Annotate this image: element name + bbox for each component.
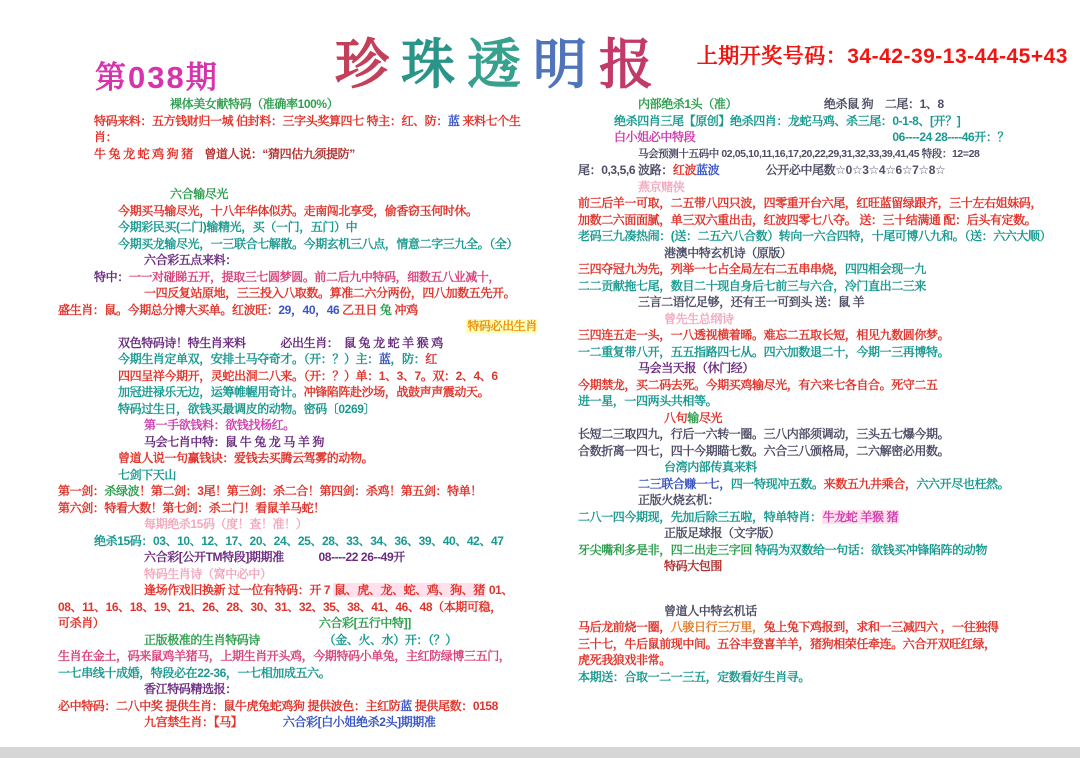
text-segment: 前三后羊一可取，二五带八四只波，四零重开台六尾，红旺蓝留绿跟齐，三十左右姐妹码， [578, 196, 1042, 210]
text-segment [236, 715, 282, 729]
text-segment: 长短二三取四九，行后一六转一圈。三八内部须调动，三头五七爆今期。 [578, 427, 949, 441]
issue-number: 第038期 [95, 52, 219, 97]
text-line: 特码必出生肖 [58, 318, 542, 335]
text-segment: 二八一四今期现，先加后除三五啦，特单特肖： [578, 510, 822, 524]
text-segment [260, 633, 330, 647]
text-segment: 六合输尽光 [170, 187, 228, 201]
title-char: 明 [533, 35, 599, 95]
text-segment: 特码来料：五方钱财归一城 伯封料：三字头奖算四七 特主：红、防： [94, 114, 448, 128]
text-segment: 一二重复带八开，五五指路四七从。四六加数退二十，今期一三再博特。 [578, 345, 949, 359]
text-segment: 一四反复站原地，三三投入八取数。算准二六分两份，四八加数五先开。 [144, 286, 515, 300]
text-segment: 每期绝杀15码（度！查！准！） [144, 517, 307, 531]
text-line: 一四反复站原地，三三投入八取数。算准二六分两份，四八加数五先开。 [58, 285, 542, 302]
right-column: 内部绝杀1头（准） 绝杀鼠 狗 二尾：1、8绝杀四肖三尾【原创】绝杀四肖：龙蛇马… [578, 96, 1076, 685]
text-line: 港澳中特玄机诗（原版） [578, 245, 1076, 262]
text-line: 九宫禁生肖：【马】 六合彩[白小姐绝杀2头]期期准 [58, 714, 542, 731]
text-segment: 四一特现冲五数。 [731, 477, 824, 491]
text-segment: 加冠进禄乐无边，运筹帷幄用奇计。 [118, 385, 304, 399]
text-line: 生肖在金土，码来鼠鸡羊猪马，上期生肖开头鸡，今期特码小单兔，主红防绿博三五门， [58, 648, 542, 665]
text-segment: 蓝 [448, 114, 460, 128]
text-line: 必中特码：二八中奖 提供生肖：鼠牛虎兔蛇鸡狗 提供波色：主红防蓝 提供尾数：01… [58, 698, 542, 715]
text-line: 今期彩民买(二门)输精光，买（一门，五门）中 [58, 219, 542, 236]
text-segment: 一一对碰睇五开，提取三七圆梦圆。前二后九中特码，细数五八业减十， [129, 270, 500, 284]
text-line: 裸体美女献特码（准确率100%） [58, 96, 542, 113]
text-segment: 虎死我狼戏非常。 [578, 653, 671, 667]
text-segment: 绝杀四肖三尾【原创】绝杀四肖：龙蛇马鸡、杀三尾：0-1-8、[开？] [614, 114, 960, 128]
text-line: 一七串线十成婚，特段必在22-36，一七相加成五六。 [58, 665, 542, 682]
text-line: 马后龙前烧一圈，八骏日行三万里，兔上兔下鸡报到，求和一三减四六 ，一往独得 [578, 619, 1076, 636]
text-line: 绝杀15码：03、10、12、17、20、24、25、28、33、34、36、3… [58, 533, 542, 550]
text-segment: 06----24 28----46开：？ [892, 130, 1009, 144]
text-segment: ！第二剑：3尾！第三剑：杀二合！第四剑：杀鸡！第五剑：特单！ [139, 484, 482, 498]
text-line: 特码来料：五方钱财归一城 伯封料：三字头奖算四七 特主：红、防：蓝 来料七个生肖… [58, 113, 542, 146]
text-segment: 冲鸡 [392, 303, 418, 317]
text-line: 盛生肖：鼠。今期总分博大买单。红波旺：29，40，46 乙丑日 兔 冲鸡 [58, 302, 542, 319]
text-segment: 曾道人说一句赢钱诀：爱钱去买腾云驾雾的动物。 [118, 451, 373, 465]
text-segment: 四四相会现一九 [845, 262, 926, 276]
text-segment: 鼠、虎、龙、蛇、鸡、狗、猪 [333, 583, 486, 597]
text-line: 逢场作戏旧换新 过一位有特码：开 7 鼠、虎、龙、蛇、鸡、狗、猪 01、 [58, 582, 542, 599]
text-line: 第一剑：杀绿波！第二剑：3尾！第三剑：杀二合！第四剑：杀鸡！第五剑：特单！ [58, 483, 542, 500]
text-segment: 港澳中特玄机诗（原版） [664, 246, 792, 260]
text-segment: 今期禁龙，买二码去死。今期买鸡输尽光，有六来七各自合。死守二五 [578, 378, 938, 392]
text-segment: 八骏日行三万里， [671, 620, 764, 634]
text-line: 马会当天报（休门经） [578, 360, 1076, 377]
text-segment: 提供尾数：0158 [412, 699, 498, 713]
text-segment: 正版足球报（文字版） [664, 526, 780, 540]
text-segment: 生肖在金土，码来鼠鸡羊猪马，上期生肖开头鸡，今期特码小单兔，主红防绿博三五门， [58, 649, 510, 663]
text-segment: 加数二六面面腻，单三双六重出击，红波四零七八夺。 送：三十结满通 配：后头有定数… [578, 213, 1036, 227]
text-segment: 本期送：合取一二一三五，定数看好生肖寻。 [578, 670, 810, 684]
text-line: 今期买龙输尽光，一三联合七解散。今期玄机三八点，情意二字三九全。（全） [58, 236, 542, 253]
text-segment: 七剑下天山 [118, 468, 176, 482]
text-line: 四四呈祥今期开，灵蛇出洞二八来。（开：？）单：1、3、7。双：2、4、6 [58, 368, 542, 385]
text-line: 马会七肖中特：鼠 牛 兔 龙 马 羊 狗 [58, 434, 542, 451]
text-segment: 二三联合赚一七， [638, 477, 731, 491]
text-segment: 必中特码：二八中奖 提供生肖：鼠牛虎兔蛇鸡狗 提供波色：主红防 [58, 699, 400, 713]
text-segment: 牛 兔 龙 蛇 鸡 狗 猪 [94, 147, 193, 161]
text-line: 加冠进禄乐无边，运筹帷幄用奇计。冲锋陷阵赴沙场，战鼓声声震动天。 [58, 384, 542, 401]
text-line: 绝杀四肖三尾【原创】绝杀四肖：龙蛇马鸡、杀三尾：0-1-8、[开？] [578, 113, 1076, 130]
text-line: 三十七，牛后鼠前现中间。五谷丰登喜羊羊，猪狗相荣任牵连。六合开双旺红绿， [578, 636, 1076, 653]
text-line: 今期禁龙，买二码去死。今期买鸡输尽光，有六来七各自合。死守二五 [578, 377, 1076, 394]
text-segment: 特码生肖诗（窝中必中） [144, 567, 272, 581]
text-segment: 尾：0,3,5,6 波路： [578, 163, 673, 177]
text-line: 第一手欲钱料：欲钱找杨红。 [58, 417, 542, 434]
text-line: 特码大包围 [578, 558, 1076, 575]
text-line: 本期送：合取一二一三五，定数看好生肖寻。 [578, 669, 1076, 686]
text-segment: 牙尖嘴利多是非，四二出走三字回 [578, 543, 755, 557]
text-segment: 六合彩[公开TM特段]期期准 08----22 26--49开 [144, 550, 405, 564]
text-line: 七剑下天山 [58, 467, 542, 484]
text-segment [731, 97, 824, 111]
text-segment: 老码三九凑热闹：(送：二五六八合数）转向一六合四特，十尾可博八九和。（送：六六大… [578, 229, 1051, 243]
text-segment: （金、火、水）开：（？） [330, 633, 457, 647]
text-segment: 马会当天报（休门经） [638, 361, 754, 375]
text-segment: 香江特码精选报： [144, 682, 237, 696]
text-line: 加数二六面面腻，单三双六重出击，红波四零七八夺。 送：三十结满通 配：后头有定数… [578, 212, 1076, 229]
text-segment: 特码大包围 [664, 559, 722, 573]
text-segment: 三言二语忆足够，还有王一可到头 送：鼠 羊 [638, 295, 864, 309]
text-segment: 第一手欲钱料：欲钱找杨红。 [144, 418, 295, 432]
text-line: 八句输尽光 [578, 410, 1076, 427]
report-title: 珍珠透明报 [290, 22, 710, 99]
text-segment: 来数五九井乘合， [824, 477, 917, 491]
text-segment: 特中： [94, 270, 129, 284]
text-segment: 马会预测十五码中 02,05,10,11,16,17,20,22,29,31,3… [638, 148, 979, 160]
text-line: 一二重复带八开，五五指路四七从。四六加数退二十，今期一三再博特。 [578, 344, 1076, 361]
text-line: 曾道人说一句赢钱诀：爱钱去买腾云驾雾的动物。 [58, 450, 542, 467]
text-line: 正版足球报（文字版） [578, 525, 1076, 542]
text-line: 二三联合赚一七，四一特现冲五数。来数五九井乘合，六六开尽也枉然。 [578, 476, 1076, 493]
text-segment: 今期买马输尽光，十八年华体似苏。走南闯北享受，偷香窃玉何时休。 [118, 204, 478, 218]
text-line: 白小姐必中特段 06----24 28----46开：？ [578, 129, 1076, 146]
text-segment: ，防： [390, 352, 425, 366]
title-char: 珠 [401, 35, 467, 95]
text-line: 前三后羊一可取，二五带八四只波，四零重开台六尾，红旺蓝留绿跟齐，三十左右姐妹码， [578, 195, 1076, 212]
text-line: 三四连五走一头，一八透视横着晞。难忘二五取长短，相见九数圆你梦。 [578, 327, 1076, 344]
text-segment: 今期彩民买(二门)输精光，买（一门，五门）中 [118, 220, 357, 234]
text-segment [98, 616, 318, 630]
text-line: 内部绝杀1头（准） 绝杀鼠 狗 二尾：1、8 [578, 96, 1076, 113]
text-segment: 马后龙前烧一圈， [578, 620, 671, 634]
text-segment: 08、11、16、18、19、21、26、28、30、31、32、35、38、4… [58, 600, 502, 614]
text-segment: 进一星，一四两头共相等。 [578, 394, 717, 408]
text-line: 三言二语忆足够，还有王一可到头 送：鼠 羊 [578, 294, 1076, 311]
text-segment: 三四夺冠九为先，列举一七占全局左右二五串串烧， [578, 262, 845, 276]
text-segment: 台湾内部传真来料 [664, 460, 757, 474]
text-segment: 今期生肖定单双，安排土马夺奇才。（开：？）主： [118, 352, 379, 366]
text-segment: 双色特码诗！特生肖来料 必出生肖： 鼠 兔 龙 蛇 羊 猴 鸡 [118, 336, 443, 350]
text-line: 老码三九凑热闹：(送：二五六八合数）转向一六合四特，十尾可博八九和。（送：六六大… [578, 228, 1076, 245]
text-segment: 蓝 [379, 352, 391, 366]
text-line: 每期绝杀15码（度！查！准！） [58, 516, 542, 533]
text-line: 二二贡献拖七尾，数目二十现自身后七前三与六合，冷门直出二三来 [578, 278, 1076, 295]
text-line: 正版极准的生肖特码诗 （金、火、水）开：（？） [58, 632, 542, 649]
text-segment: 曾道人说：“猜四估九须提防” [193, 147, 355, 161]
text-line: 进一星，一四两头共相等。 [578, 393, 1076, 410]
title-char: 珍 [335, 35, 401, 95]
text-line: 可杀肖） 六合彩[五行中特]] [58, 615, 542, 632]
text-segment: 盛生肖：鼠。今期总分博大买单。红波旺： [58, 303, 278, 317]
text-segment: 蓝波 [696, 163, 719, 177]
text-segment: 特码必出生肖 [466, 319, 538, 333]
text-segment: 第六剑：特看大数！第七剑：杀二门！看鼠羊马蛇！ [58, 501, 325, 515]
text-line: 长短二三取四九，行后一六转一圈。三八内部须调动，三头五七爆今期。 [578, 426, 1076, 443]
text-segment: 输 [687, 411, 699, 425]
text-line: 牛 兔 龙 蛇 鸡 狗 猪 曾道人说：“猜四估九须提防” [58, 146, 542, 163]
spacer [58, 162, 542, 186]
text-segment: 牛龙蛇 羊猴 猪 [822, 510, 899, 524]
last-draw-numbers: 上期开奖号码：34-42-39-13-44-45+43 [697, 40, 1068, 70]
text-segment: 六合彩[五行中特]] [319, 616, 411, 630]
text-segment: 红波 [673, 163, 696, 177]
text-line: 正版火烧玄机： [578, 492, 1076, 509]
text-line: 08、11、16、18、19、21、26、28、30、31、32、35、38、4… [58, 599, 542, 616]
text-segment: 裸体美女献特码（准确率100%） [170, 97, 338, 111]
text-line: 六合彩五点来料： [58, 252, 542, 269]
text-line: 虎死我狼戏非常。 [578, 652, 1076, 669]
text-line: 香江特码精选报： [58, 681, 542, 698]
text-segment: 可杀肖） [58, 616, 98, 630]
text-segment: 三十七，牛后鼠前现中间。五谷丰登喜羊羊，猪狗相荣任牵连。六合开双旺红绿， [578, 637, 996, 651]
text-line: 燕京赌侠 [578, 179, 1076, 196]
footer-strip [0, 747, 1080, 758]
text-line: 今期买马输尽光，十八年华体似苏。走南闯北享受，偷香窃玉何时休。 [58, 203, 542, 220]
text-segment: 三四连五走一头，一八透视横着晞。难忘二五取长短，相见九数圆你梦。 [578, 328, 949, 342]
report-page: 第038期 珍珠透明报 上期开奖号码：34-42-39-13-44-45+43 … [0, 0, 1080, 758]
text-line: 特中：一一对碰睇五开，提取三七圆梦圆。前二后九中特码，细数五八业减十， [58, 269, 542, 286]
text-line: 尾：0,3,5,6 波路：红波蓝波 公开必中尾数☆0☆3☆4☆6☆7☆8☆ [578, 162, 1076, 179]
text-segment: 绝杀鼠 狗 二尾：1、8 [824, 97, 944, 111]
text-segment [719, 163, 765, 177]
text-segment: 正版火烧玄机： [638, 493, 719, 507]
text-segment: 燕京赌侠 [638, 180, 684, 194]
text-segment: 29，40，46 [278, 303, 339, 317]
text-segment: 九宫禁生肖：【马】 [144, 715, 236, 729]
text-segment: 乙丑日 [339, 303, 380, 317]
text-segment: 白小姐必中特段 [614, 130, 695, 144]
text-segment: 绝杀15码：03、10、12、17、20、24、25、28、33、34、36、3… [94, 534, 504, 548]
text-segment: 一七串线十成婚，特段必在22-36，一七相加成五六。 [58, 666, 330, 680]
text-line: 三四夺冠九为先，列举一七占全局左右二五串串烧，四四相会现一九 [578, 261, 1076, 278]
text-segment: 正版极准的生肖特码诗 [144, 633, 260, 647]
text-line: 六合彩[公开TM特段]期期准 08----22 26--49开 [58, 549, 542, 566]
text-line: 牙尖嘴利多是非，四二出走三字回 特码为双数给一句话：欲钱买冲锋陷阵的动物 [578, 542, 1076, 559]
text-segment: 曾道人中特玄机话 [664, 604, 757, 618]
text-segment: 六合彩五点来料： [144, 253, 237, 267]
text-segment: 二二贡献拖七尾，数目二十现自身后七前三与六合，冷门直出二三来 [578, 279, 926, 293]
text-segment: 兔上兔下鸡报到，求和一三减四六 ，一往独得 [764, 620, 999, 634]
text-line: 第六剑：特看大数！第七剑：杀二门！看鼠羊马蛇！ [58, 500, 542, 517]
title-char: 透 [467, 35, 533, 95]
text-line: 曾先生总纲诗 [578, 311, 1076, 328]
text-line: 台湾内部传真来料 [578, 459, 1076, 476]
text-segment: 六六开尽也枉然。 [916, 477, 1009, 491]
text-line: 特码生肖诗（窝中必中） [58, 566, 542, 583]
text-segment: 兔 [380, 303, 392, 317]
text-segment: 八句 [664, 411, 687, 425]
text-segment: 内部绝杀1头（准） [638, 97, 731, 111]
text-line: 曾道人中特玄机话 [578, 603, 1076, 620]
text-segment: 六合彩[白小姐绝杀2头]期期准 [283, 715, 436, 729]
text-segment: 冲锋陷阵赴沙场，战鼓声声震动天。 [304, 385, 490, 399]
text-segment: 特码为双数给一句话：欲钱买冲锋陷阵的动物 [755, 543, 987, 557]
text-line: 六合输尽光 [58, 186, 542, 203]
text-segment: 合数折离一四七，四十今期瞄七数。六合三八颁格局，二六解密必用数。 [578, 444, 949, 458]
text-line: 二八一四今期现，先加后除三五啦，特单特肖：牛龙蛇 羊猴 猪 [578, 509, 1076, 526]
text-segment: 特码过生日，欲钱买最调皮的动物。密码〔0269〕 [118, 402, 375, 416]
text-segment: 四四呈祥今期开，灵蛇出洞二八来。（开：？）单：1、3、7。双：2、4、6 [118, 369, 498, 383]
text-line: 今期生肖定单双，安排土马夺奇才。（开：？）主：蓝，防：红 [58, 351, 542, 368]
text-line: 马会预测十五码中 02,05,10,11,16,17,20,22,29,31,3… [578, 146, 1076, 163]
text-segment: 曾先生总纲诗 [664, 312, 734, 326]
text-line: 合数折离一四七，四十今期瞄七数。六合三八颁格局，二六解密必用数。 [578, 443, 1076, 460]
text-segment: 马会七肖中特：鼠 牛 兔 龙 马 羊 狗 [144, 435, 324, 449]
left-column: 裸体美女献特码（准确率100%）特码来料：五方钱财归一城 伯封料：三字头奖算四七… [58, 96, 542, 731]
text-segment [695, 130, 892, 144]
text-segment: 今期买龙输尽光，一三联合七解散。今期玄机三八点，情意二字三九全。（全） [118, 237, 518, 251]
text-segment: 红 [425, 352, 437, 366]
text-segment: 01、 [486, 583, 513, 597]
text-line: 双色特码诗！特生肖来料 必出生肖： 鼠 兔 龙 蛇 羊 猴 鸡 [58, 335, 542, 352]
text-segment: 尽光 [699, 411, 722, 425]
text-segment: 公开必中尾数☆0☆3☆4☆6☆7☆8☆ [766, 163, 946, 177]
text-segment: 第一剑： [58, 484, 104, 498]
spacer [578, 575, 1076, 603]
text-segment: 蓝 [400, 699, 412, 713]
title-char: 报 [599, 35, 665, 95]
text-segment: 逢场作戏旧换新 过一位有特码：开 7 [144, 583, 333, 597]
text-segment: 杀绿波 [104, 484, 139, 498]
text-line: 特码过生日，欲钱买最调皮的动物。密码〔0269〕 [58, 401, 542, 418]
